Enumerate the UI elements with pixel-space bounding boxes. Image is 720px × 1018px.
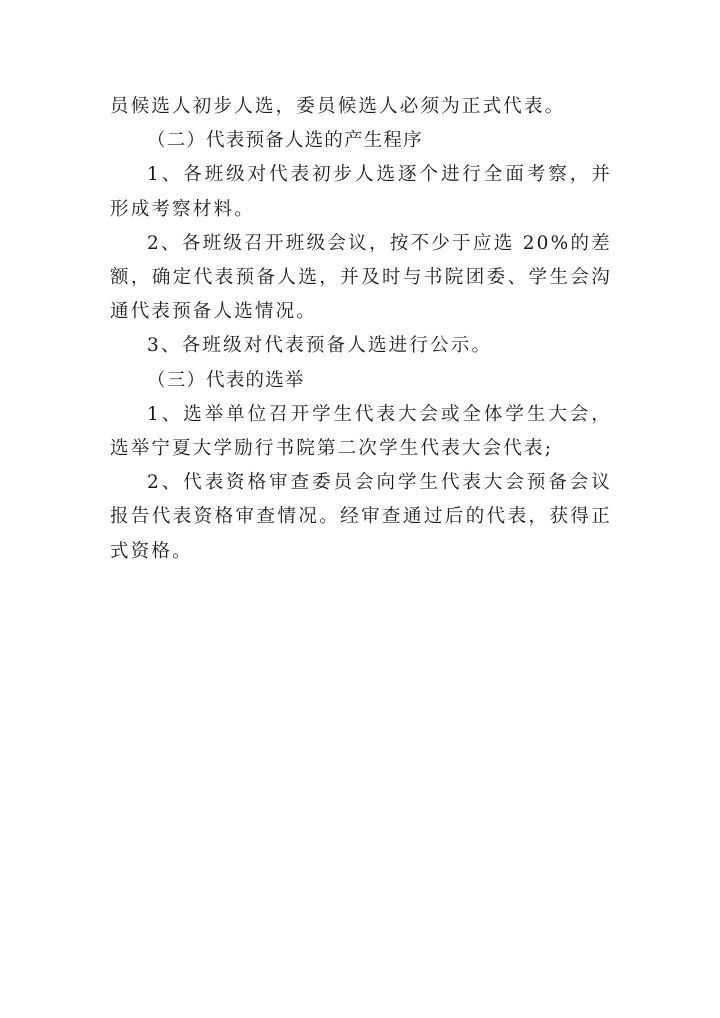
paragraph-item: 1、各班级对代表初步人选逐个进行全面考察，并形成考察材料。 [110,158,612,226]
paragraph-item: 1、选举单位召开学生代表大会或全体学生大会，选举宁夏大学励行书院第二次学生代表大… [110,398,612,466]
paragraph-item: 3、各班级对代表预备人选进行公示。 [110,329,612,363]
section-heading-3: （三）代表的选举 [110,364,612,398]
paragraph-item: 2、各班级召开班级会议，按不少于应选 20%的差额，确定代表预备人选，并及时与书… [110,227,612,330]
document-body: 员候选人初步人选，委员候选人必须为正式代表。 （二）代表预备人选的产生程序 1、… [110,90,612,569]
paragraph-item: 2、代表资格审查委员会向学生代表大会预备会议报告代表资格审查情况。经审查通过后的… [110,466,612,569]
paragraph-continuation: 员候选人初步人选，委员候选人必须为正式代表。 [110,90,612,124]
document-page: 员候选人初步人选，委员候选人必须为正式代表。 （二）代表预备人选的产生程序 1、… [0,0,720,1018]
section-heading-2: （二）代表预备人选的产生程序 [110,124,612,158]
